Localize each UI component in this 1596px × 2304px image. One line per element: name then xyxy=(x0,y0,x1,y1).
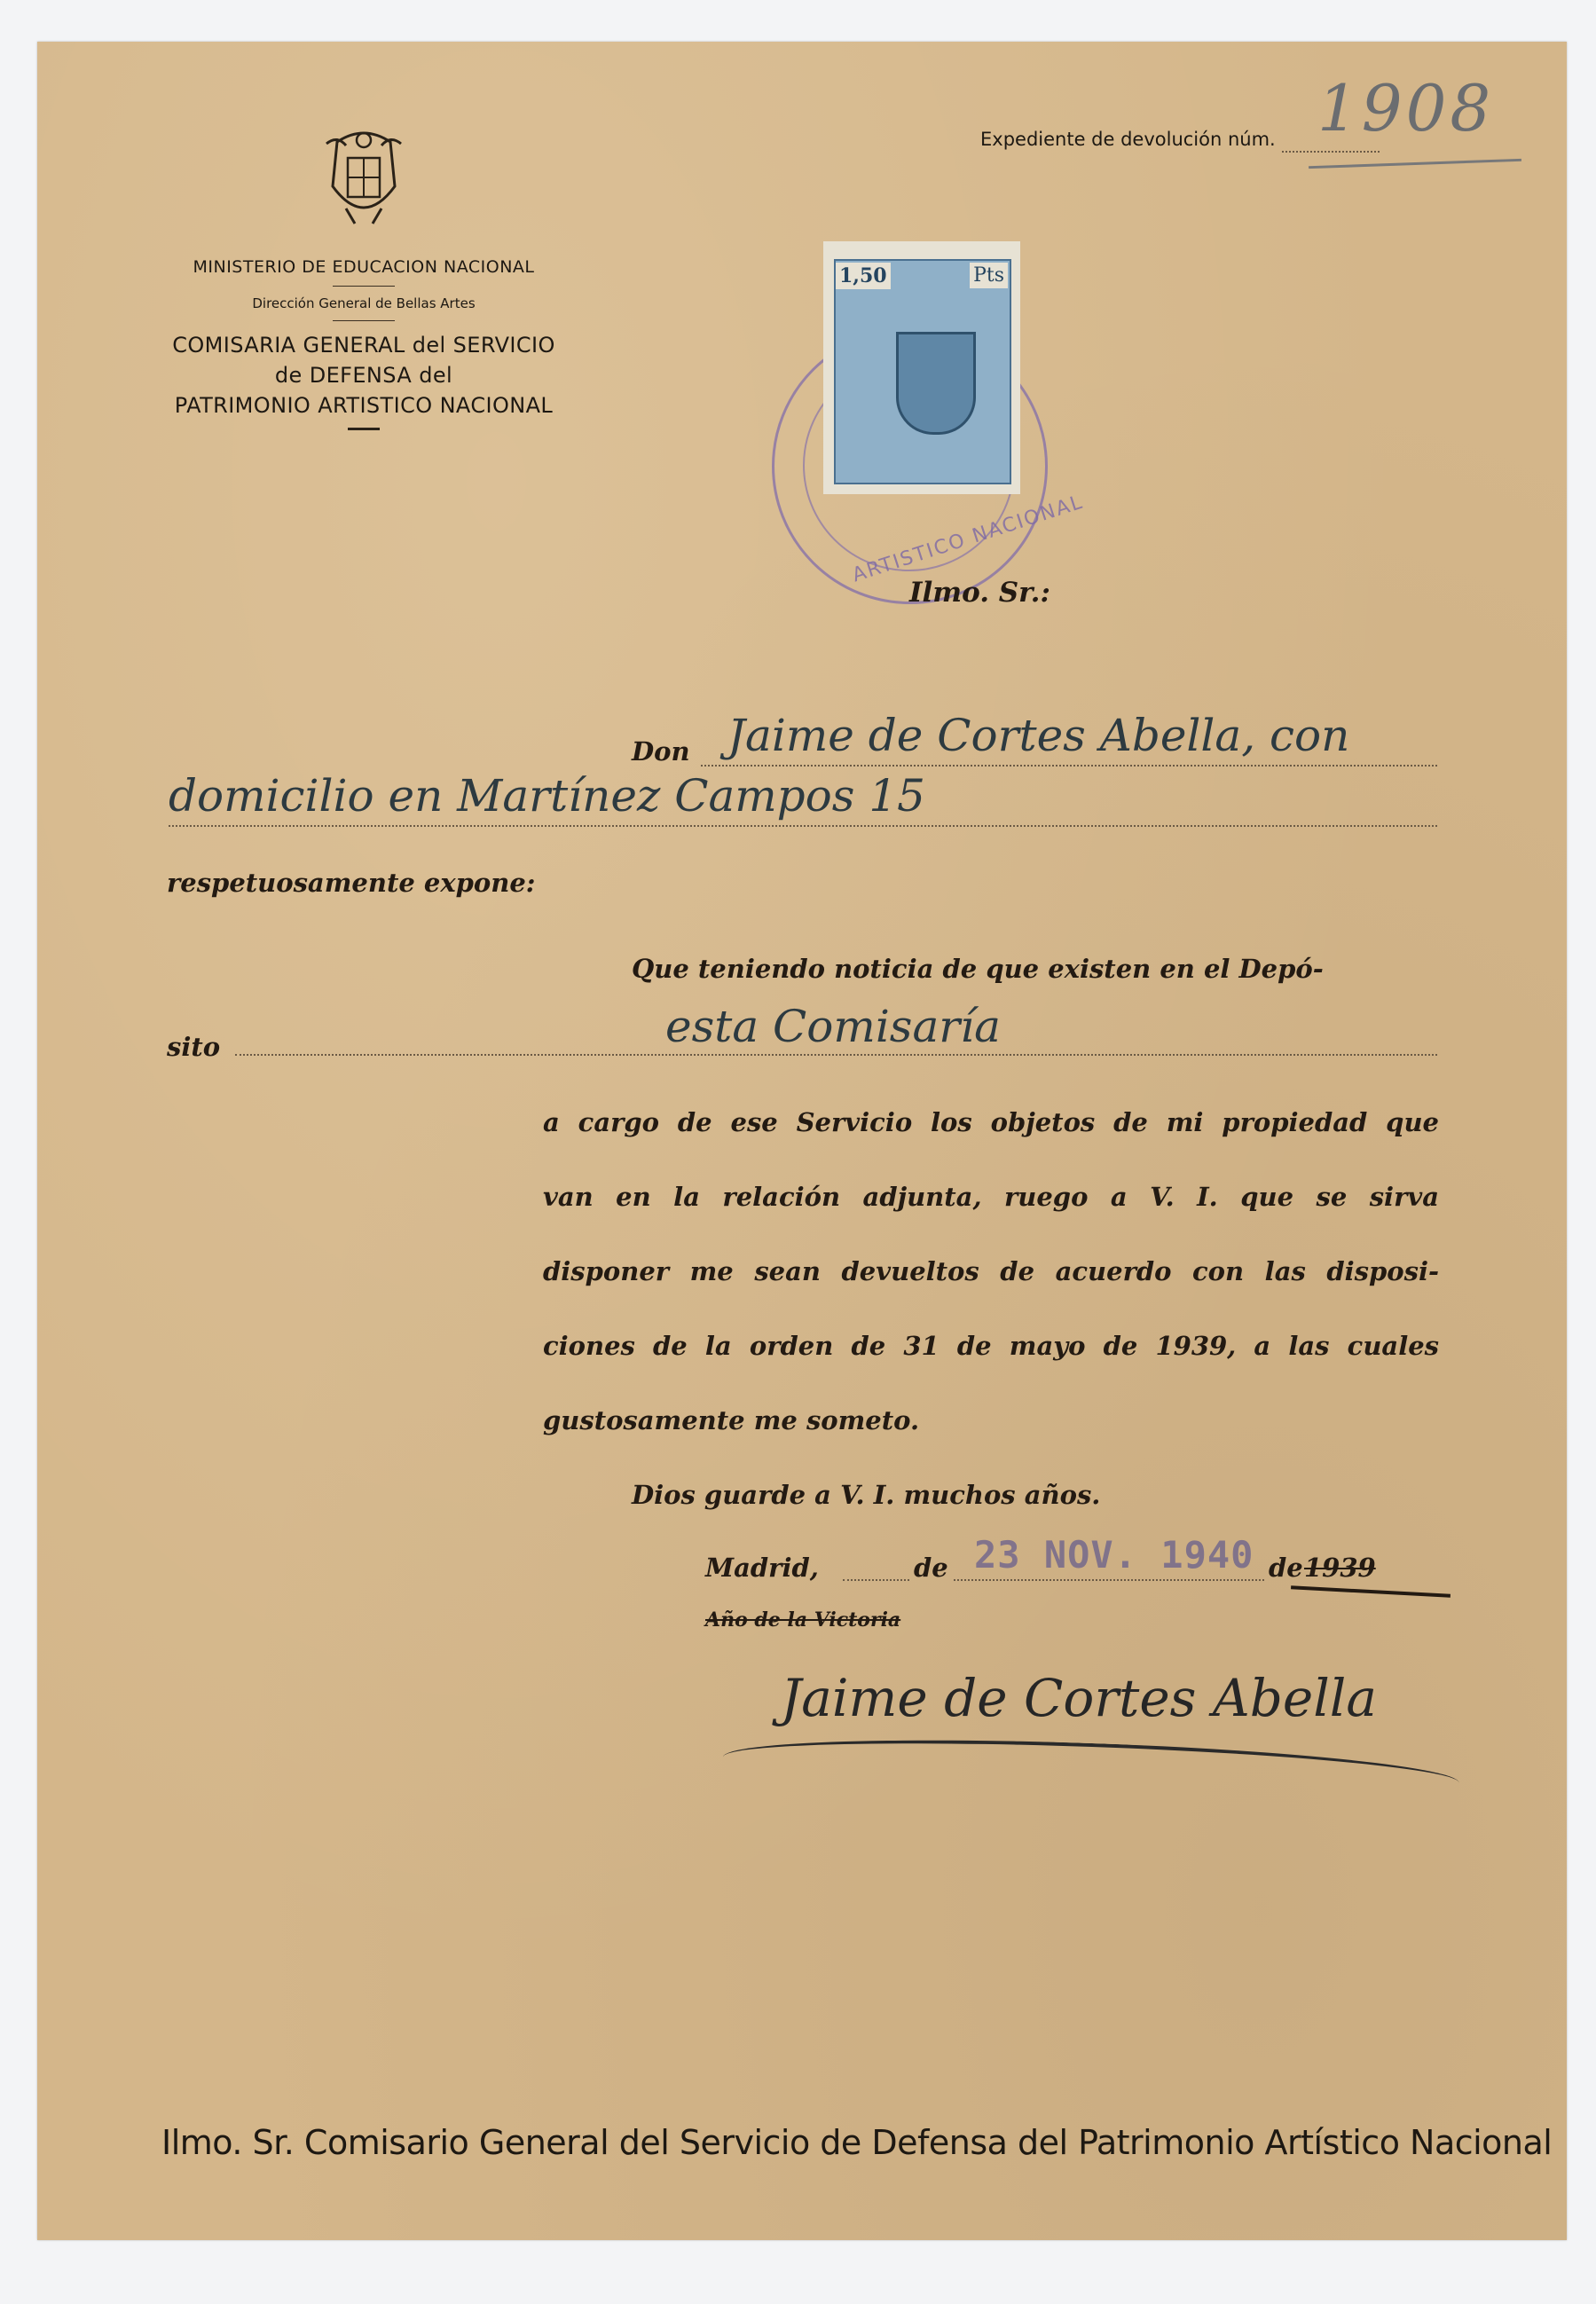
salutation: Ilmo. Sr.: xyxy=(909,577,1050,609)
petitioner-address-handwritten: domicilio en Martínez Campos 15 xyxy=(169,770,925,822)
sito-prefix: sito xyxy=(167,1032,220,1062)
date-dotted-line xyxy=(843,1579,909,1581)
paragraph-line: van en la relación adjunta, ruego a V. I… xyxy=(543,1182,1439,1212)
stamp-currency: Pts xyxy=(970,263,1008,288)
commission-line-3: PATRIMONIO ARTISTICO NACIONAL xyxy=(124,390,603,421)
don-prefix: Don xyxy=(632,736,690,767)
date-de-1: de xyxy=(914,1553,948,1583)
signature: Jaime de Cortes Abella xyxy=(781,1668,1377,1728)
deposit-dotted-line xyxy=(235,1054,1437,1056)
struck-year: 1939 xyxy=(1304,1553,1376,1583)
stamp-value: 1,50 xyxy=(836,263,891,289)
paragraph-line: a cargo de ese Servicio los objetos de m… xyxy=(543,1107,1439,1137)
closing-formula: Dios guarde a V. I. muchos años. xyxy=(632,1480,1100,1510)
name-dotted-line xyxy=(701,765,1437,767)
paragraph-line-1: Que teniendo noticia de que existen en e… xyxy=(632,954,1324,984)
expone-text: respetuosamente expone: xyxy=(167,868,536,898)
divider xyxy=(333,320,395,321)
paragraph-line: ciones de la orden de 31 de mayo de 1939… xyxy=(543,1331,1439,1361)
stamp-shield-icon xyxy=(896,332,976,435)
address-dotted-line xyxy=(169,825,1437,827)
divider xyxy=(333,286,395,287)
deposit-handwritten: esta Comisaría xyxy=(665,1001,1001,1052)
paragraph-line: disponer me sean devueltos de acuerdo co… xyxy=(543,1256,1439,1286)
commission-line-1: COMISARIA GENERAL del SERVICIO xyxy=(124,330,603,360)
fiscal-stamp: 1,50 Pts xyxy=(823,241,1020,494)
date-dotted-line xyxy=(954,1579,1264,1581)
commission-line-2: de DEFENSA del xyxy=(124,360,603,390)
paragraph-line: gustosamente me someto. xyxy=(543,1405,919,1435)
date-received-stamp: 23 NOV. 1940 xyxy=(974,1533,1254,1577)
date-city: Madrid, xyxy=(705,1553,819,1583)
letterhead: MINISTERIO DE EDUCACION NACIONAL Direcci… xyxy=(124,124,603,430)
ministry-name: MINISTERIO DE EDUCACION NACIONAL xyxy=(124,257,603,277)
addressee-footer: Ilmo. Sr. Comisario General del Servicio… xyxy=(161,2123,1552,2162)
directorate-name: Dirección General de Bellas Artes xyxy=(124,295,603,311)
stamp-frame xyxy=(834,259,1011,484)
spanish-coat-of-arms-icon xyxy=(319,124,408,231)
divider xyxy=(348,428,380,430)
struck-motto: Año de la Victoria xyxy=(705,1608,900,1632)
date-de-2: de xyxy=(1269,1553,1303,1583)
petitioner-name-handwritten: Jaime de Cortes Abella, con xyxy=(727,710,1349,761)
file-number-label: Expediente de devolución núm. xyxy=(980,129,1276,150)
file-number-dotted-line xyxy=(1282,151,1380,153)
file-number-value: 1908 xyxy=(1317,71,1494,145)
